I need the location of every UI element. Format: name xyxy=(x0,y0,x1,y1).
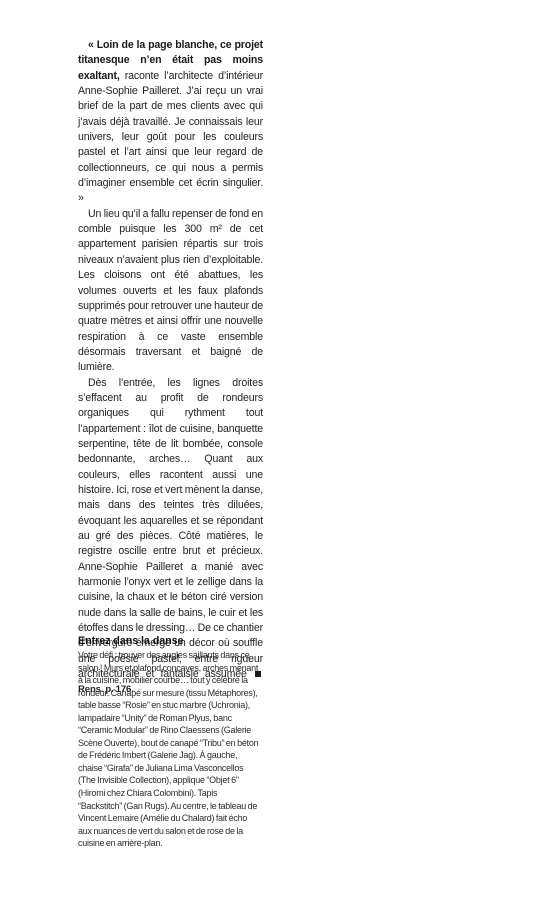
article-paragraph-2: Un lieu qu’il a fallu repenser de fond e… xyxy=(78,207,263,376)
article-paragraph-1-text: raconte l’architecte d’intérieur Anne-So… xyxy=(78,70,263,205)
caption-title: Entrez dans la danse xyxy=(78,635,260,648)
article-body: « Loin de la page blanche, ce projet tit… xyxy=(78,38,263,698)
photo-caption: Entrez dans la danse Votre défi : trouve… xyxy=(78,635,260,850)
caption-body: Votre défi : trouver des angles saillant… xyxy=(78,649,260,850)
magazine-page: « Loin de la page blanche, ce projet tit… xyxy=(0,0,556,908)
article-paragraph-1: « Loin de la page blanche, ce projet tit… xyxy=(78,38,263,207)
